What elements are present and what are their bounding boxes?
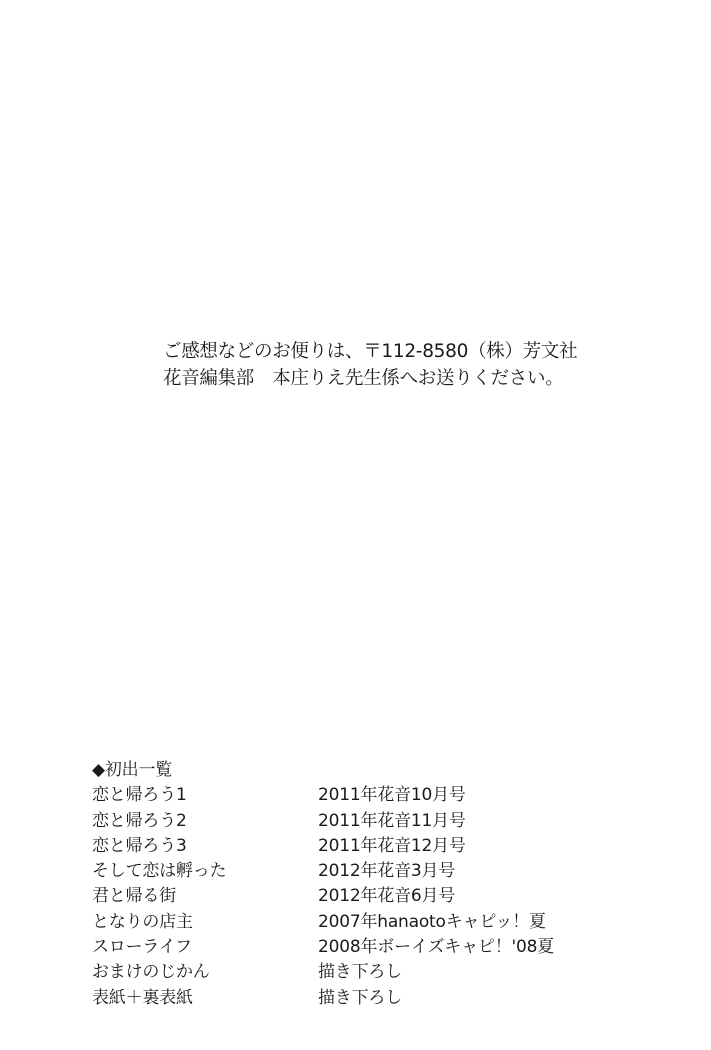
list-item: スローライフ 2008年ボーイズキャピ！'08夏: [92, 935, 612, 960]
list-item: 表紙＋裏表紙 描き下ろし: [92, 986, 612, 1011]
first-appearance-list: ◆初出一覧 恋と帰ろう1 2011年花音10月号 恋と帰ろう2 2011年花音1…: [92, 758, 612, 1011]
work-title: そして恋は孵った: [92, 859, 318, 884]
publication-source: 2012年花音6月号: [318, 884, 612, 909]
publication-source: 2007年hanaotoキャピッ！夏: [318, 910, 612, 935]
list-item: おまけのじかん 描き下ろし: [92, 960, 612, 985]
list-item: となりの店主 2007年hanaotoキャピッ！夏: [92, 910, 612, 935]
publication-source: 2008年ボーイズキャピ！'08夏: [318, 935, 612, 960]
work-title: 恋と帰ろう2: [92, 809, 318, 834]
work-title: スローライフ: [92, 935, 318, 960]
address-line-1: ご感想などのお便りは、〒112-8580（株）芳文社: [163, 338, 583, 365]
reader-letter-address: ご感想などのお便りは、〒112-8580（株）芳文社 花音編集部 本庄りえ先生係…: [163, 338, 583, 392]
list-item: 恋と帰ろう1 2011年花音10月号: [92, 783, 612, 808]
work-title: 表紙＋裏表紙: [92, 986, 318, 1011]
publication-source: 2011年花音12月号: [318, 834, 612, 859]
diamond-icon: ◆: [92, 760, 105, 780]
list-item: そして恋は孵った 2012年花音3月号: [92, 859, 612, 884]
publication-source: 描き下ろし: [318, 960, 612, 985]
list-item: 君と帰る街 2012年花音6月号: [92, 884, 612, 909]
list-heading-label: 初出一覧: [105, 760, 172, 780]
list-item: 恋と帰ろう2 2011年花音11月号: [92, 809, 612, 834]
publication-source: 2011年花音11月号: [318, 809, 612, 834]
work-title: 恋と帰ろう1: [92, 783, 318, 808]
publication-source: 描き下ろし: [318, 986, 612, 1011]
publication-source: 2012年花音3月号: [318, 859, 612, 884]
list-item: 恋と帰ろう3 2011年花音12月号: [92, 834, 612, 859]
work-title: 君と帰る街: [92, 884, 318, 909]
address-line-2: 花音編集部 本庄りえ先生係へお送りください。: [163, 365, 583, 392]
work-title: となりの店主: [92, 910, 318, 935]
publication-source: 2011年花音10月号: [318, 783, 612, 808]
work-title: おまけのじかん: [92, 960, 318, 985]
list-heading: ◆初出一覧: [92, 758, 612, 783]
work-title: 恋と帰ろう3: [92, 834, 318, 859]
